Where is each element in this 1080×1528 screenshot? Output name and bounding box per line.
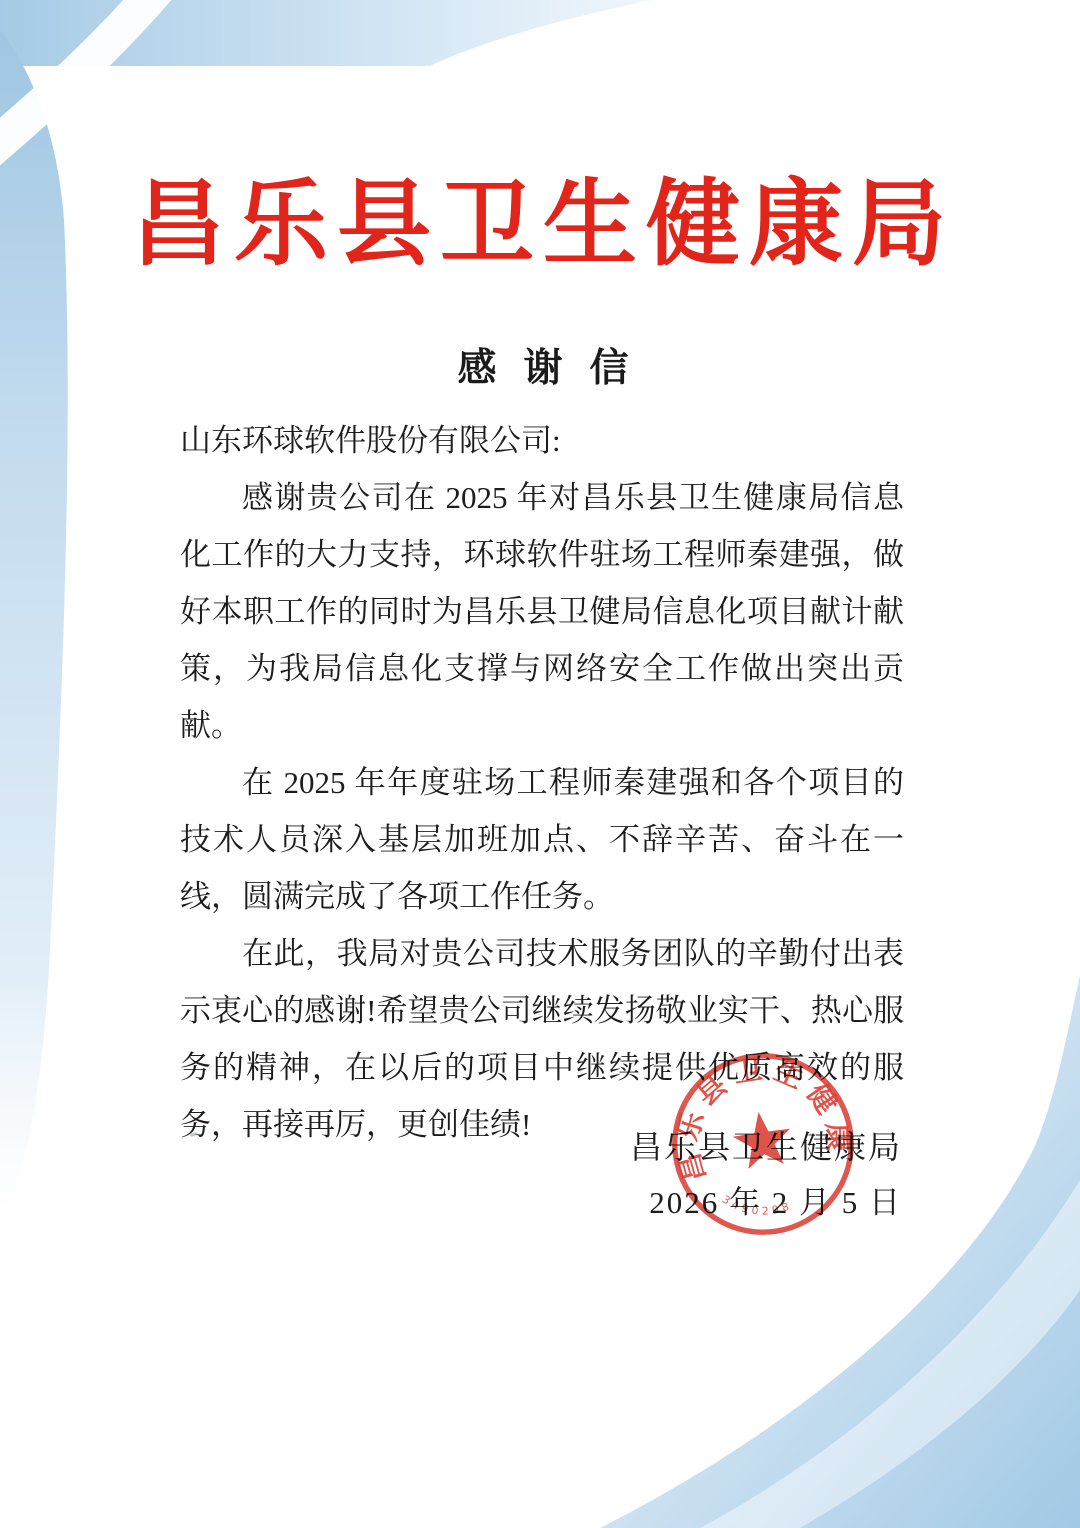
seal-serial-holder: 3490298 <box>719 1184 796 1224</box>
seal-ring-text: 昌乐县卫生健康局 <box>652 1033 858 1189</box>
seal-serial-number: 3490298 <box>719 1184 796 1224</box>
seal-star-icon <box>730 1108 795 1170</box>
letterhead-title: 昌乐县卫生健康局 <box>88 176 998 275</box>
scanned-letter-page: { "letter": { "letterhead": "昌乐县卫生健康局", … <box>0 0 1080 1528</box>
letter-title: 感谢信 <box>88 348 998 391</box>
paragraph-1: 感谢贵公司在 2025 年对昌乐县卫生健康局信息化工作的大力支持，环球软件驻场工… <box>180 469 904 754</box>
recipient-line: 山东环球软件股份有限公司: <box>180 412 904 469</box>
letter-content: 昌乐县卫生健康局 感谢信 山东环球软件股份有限公司: 感谢贵公司在 2025 年… <box>0 0 1080 1528</box>
seal-ring-text-holder: 昌乐县卫生健康局 <box>652 1033 858 1189</box>
official-seal-stamp: 昌乐县卫生健康局 3490298 <box>652 1033 873 1254</box>
paragraph-2: 在 2025 年年度驻场工程师秦建强和各个项目的技术人员深入基层加班加点、不辞辛… <box>180 754 904 925</box>
